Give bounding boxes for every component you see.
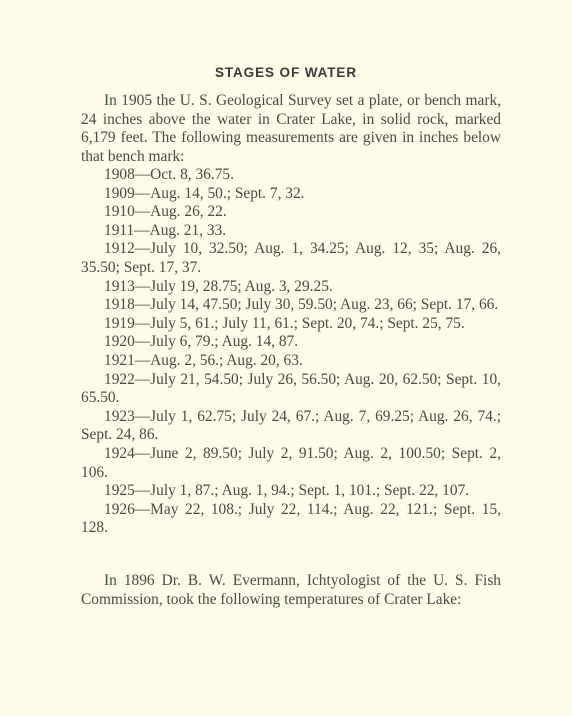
measurement-entry-1920: 1920—July 6, 79.; Aug. 14, 87. [81, 333, 501, 352]
measurement-entry-1925: 1925—July 1, 87.; Aug. 1, 94.; Sept. 1, … [81, 482, 501, 501]
intro-section: In 1905 the U. S. Geological Survey set … [81, 92, 501, 166]
measurement-entry-1913: 1913—July 19, 28.75; Aug. 3, 29.25. [81, 278, 501, 297]
intro-paragraph: In 1905 the U. S. Geological Survey set … [81, 92, 501, 166]
closing-paragraph: In 1896 Dr. B. W. Evermann, Ichtyologist… [81, 572, 501, 609]
measurement-entry-1924: 1924—June 2, 89.50; July 2, 91.50; Aug. … [81, 445, 501, 482]
measurement-entry-1910: 1910—Aug. 26, 22. [81, 203, 501, 222]
measurement-entry-1918: 1918—July 14, 47.50; July 30, 59.50; Aug… [81, 296, 501, 315]
measurement-entry-1909: 1909—Aug. 14, 50.; Sept. 7, 32. [81, 185, 501, 204]
measurement-entry-1908: 1908—Oct. 8, 36.75. [81, 166, 501, 185]
measurement-entry-1912: 1912—July 10, 32.50; Aug. 1, 34.25; Aug.… [81, 240, 501, 277]
measurement-entry-1911: 1911—Aug. 21, 33. [81, 222, 501, 241]
document-page: STAGES OF WATER In 1905 the U. S. Geolog… [0, 0, 572, 716]
measurement-entry-1919: 1919—July 5, 61.; July 11, 61.; Sept. 20… [81, 315, 501, 334]
measurement-entry-1923: 1923—July 1, 62.75; July 24, 67.; Aug. 7… [81, 408, 501, 445]
closing-section: In 1896 Dr. B. W. Evermann, Ichtyologist… [81, 572, 501, 609]
measurement-entry-1921: 1921—Aug. 2, 56.; Aug. 20, 63. [81, 352, 501, 371]
measurement-entry-1926: 1926—May 22, 108.; July 22, 114.; Aug. 2… [81, 501, 501, 538]
measurements-list: 1908—Oct. 8, 36.75. 1909—Aug. 14, 50.; S… [81, 166, 501, 538]
measurement-entry-1922: 1922—July 21, 54.50; July 26, 56.50; Aug… [81, 371, 501, 408]
page-title: STAGES OF WATER [0, 65, 572, 80]
